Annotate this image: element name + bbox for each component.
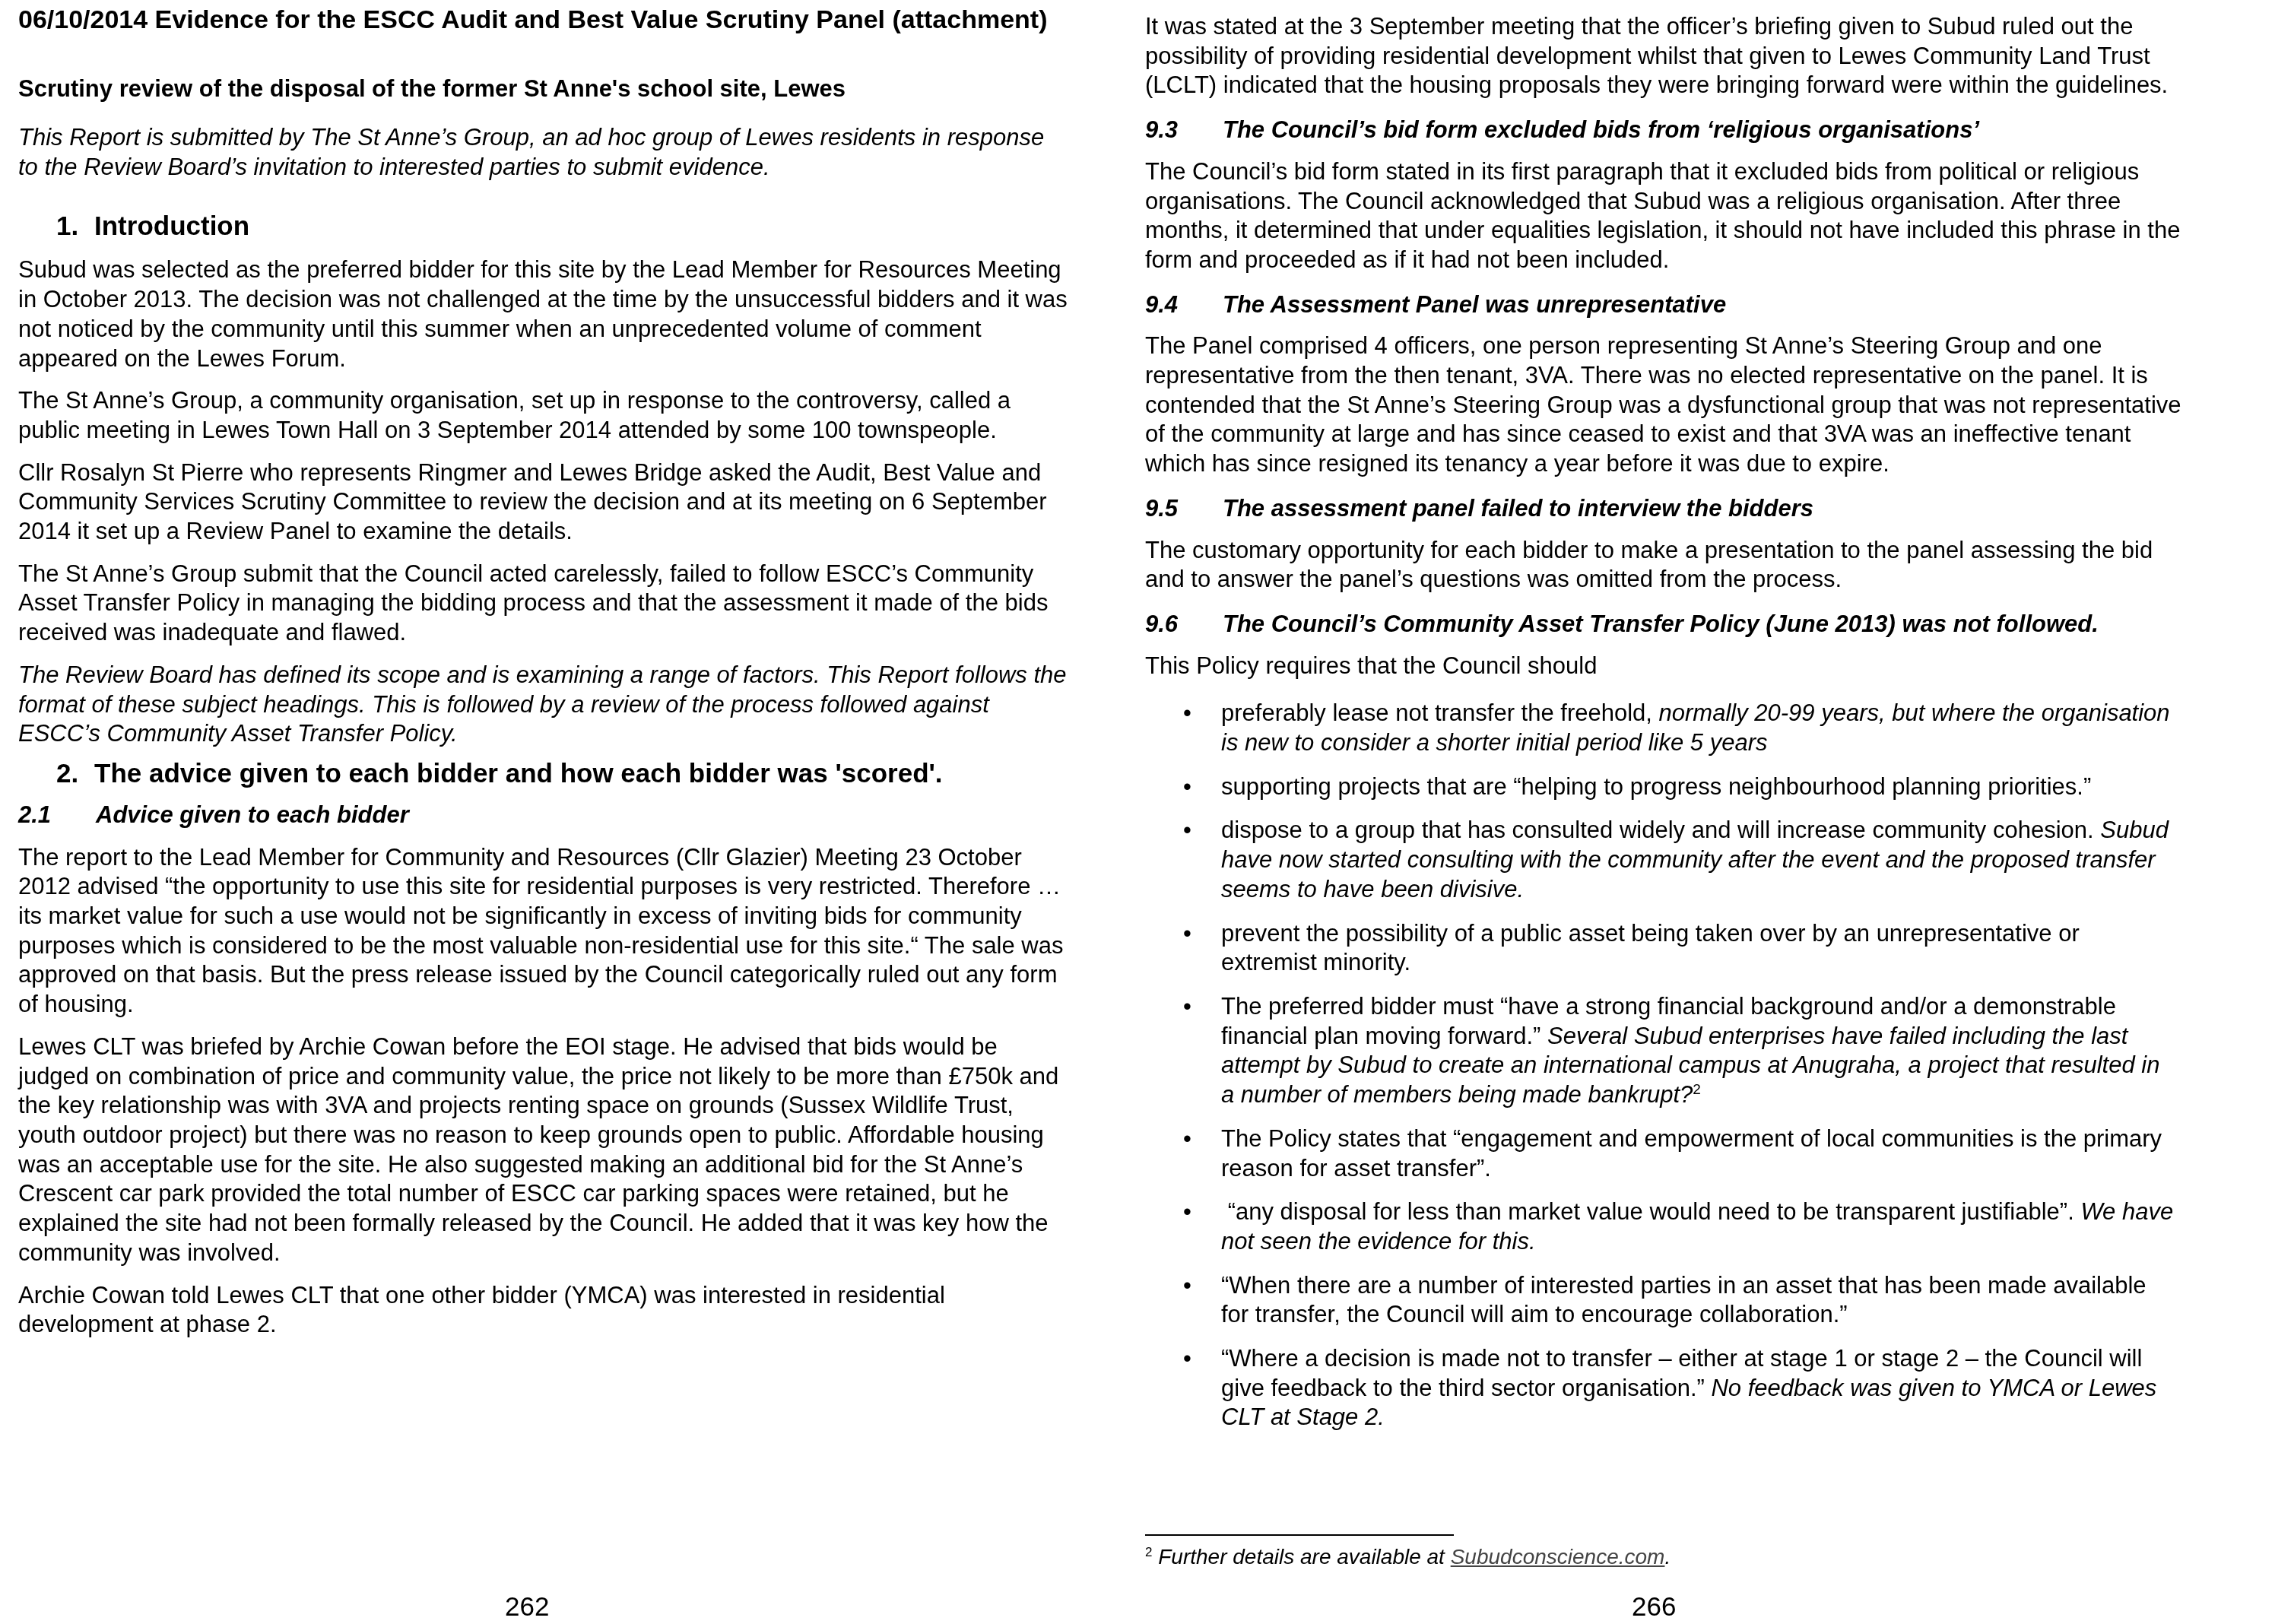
footnote-separator: [1145, 1534, 1454, 1536]
bullet-icon: •: [1183, 699, 1191, 728]
list-item: •The preferred bidder must “have a stron…: [1145, 992, 2194, 1110]
section-number: 1.: [56, 211, 94, 243]
paragraph: The Panel comprised 4 officers, one pers…: [1145, 331, 2194, 479]
section-heading-advice: 2.The advice given to each bidder and ho…: [18, 758, 1068, 790]
section-title: The advice given to each bidder and how …: [94, 759, 943, 788]
bullet-icon: •: [1183, 992, 1191, 1022]
paragraph: Lewes CLT was briefed by Archie Cowan be…: [18, 1032, 1068, 1268]
list-item-text: “any disposal for less than market value…: [1221, 1198, 2080, 1225]
subsection-title: The Assessment Panel was unrepresentativ…: [1223, 291, 1726, 318]
paragraph: Archie Cowan told Lewes CLT that one oth…: [18, 1281, 1068, 1340]
footnote-trailing: .: [1664, 1545, 1671, 1568]
list-item-text: “When there are a number of interested p…: [1221, 1272, 2146, 1328]
intro-statement: This Report is submitted by The St Anne’…: [18, 123, 1068, 182]
paragraph: The St Anne’s Group submit that the Coun…: [18, 560, 1068, 648]
list-item: •dispose to a group that has consulted w…: [1145, 816, 2194, 904]
footnote-marker: 2: [1145, 1545, 1152, 1559]
paragraph: Cllr Rosalyn St Pierre who represents Ri…: [18, 458, 1068, 547]
bullet-icon: •: [1183, 1197, 1191, 1227]
list-item: •“When there are a number of interested …: [1145, 1271, 2194, 1330]
list-item-text: The Policy states that “engagement and e…: [1221, 1125, 2162, 1182]
subsection-title: Advice given to each bidder: [96, 801, 409, 828]
paragraph: Subud was selected as the preferred bidd…: [18, 255, 1068, 373]
paragraph: The St Anne’s Group, a community organis…: [18, 386, 1068, 445]
list-item: •preferably lease not transfer the freeh…: [1145, 699, 2194, 757]
bullet-icon: •: [1183, 1124, 1191, 1154]
bullet-icon: •: [1183, 772, 1191, 802]
list-item-text: prevent the possibility of a public asse…: [1221, 920, 2080, 976]
list-item: •supporting projects that are “helping t…: [1145, 772, 2194, 802]
footnote-text: Further details are available at: [1158, 1545, 1450, 1568]
paragraph: The Council’s bid form stated in its fir…: [1145, 157, 2194, 275]
document-title: 06/10/2014 Evidence for the ESCC Audit a…: [18, 5, 1068, 35]
list-item: •“Where a decision is made not to transf…: [1145, 1344, 2194, 1432]
subsection-heading-9-4: 9.4The Assessment Panel was unrepresenta…: [1145, 290, 2194, 320]
subsection-number: 9.6: [1145, 610, 1223, 639]
list-item: •The Policy states that “engagement and …: [1145, 1124, 2194, 1183]
list-item: • “any disposal for less than market val…: [1145, 1197, 2194, 1256]
subsection-heading-9-6: 9.6The Council’s Community Asset Transfe…: [1145, 610, 2194, 639]
bullet-icon: •: [1183, 1271, 1191, 1301]
subsection-number: 9.4: [1145, 290, 1223, 320]
page-number: 266: [1632, 1592, 1676, 1622]
list-item: •prevent the possibility of a public ass…: [1145, 919, 2194, 978]
paragraph: The customary opportunity for each bidde…: [1145, 536, 2194, 595]
section-heading-introduction: 1.Introduction: [18, 211, 1068, 243]
policy-requirements-list: •preferably lease not transfer the freeh…: [1145, 699, 2194, 1432]
list-item-text: supporting projects that are “helping to…: [1221, 773, 2091, 800]
list-item-text: dispose to a group that has consulted wi…: [1221, 817, 2100, 843]
footnote-reference[interactable]: 2: [1693, 1082, 1701, 1098]
page-262: 06/10/2014 Evidence for the ESCC Audit a…: [18, 0, 1068, 1624]
italic-paragraph: The Review Board has defined its scope a…: [18, 661, 1068, 749]
subsection-title: The Council’s Community Asset Transfer P…: [1223, 611, 2099, 637]
bullet-icon: •: [1183, 919, 1191, 949]
footnote: 2 Further details are available at Subud…: [1145, 1543, 1671, 1571]
document-subtitle: Scrutiny review of the disposal of the f…: [18, 75, 1068, 103]
paragraph: This Policy requires that the Council sh…: [1145, 652, 2194, 681]
page-266: It was stated at the 3 September meeting…: [1145, 0, 2194, 1624]
section-title: Introduction: [94, 211, 249, 241]
paragraph: It was stated at the 3 September meeting…: [1145, 12, 2194, 100]
bullet-icon: •: [1183, 816, 1191, 845]
subsection-title: The Council’s bid form excluded bids fro…: [1223, 116, 1979, 143]
subsection-number: 2.1: [18, 801, 96, 830]
subsection-heading-9-5: 9.5The assessment panel failed to interv…: [1145, 494, 2194, 524]
bullet-icon: •: [1183, 1344, 1191, 1374]
subsection-title: The assessment panel failed to interview…: [1223, 495, 1813, 522]
footnote-link[interactable]: Subudconscience.com: [1451, 1545, 1665, 1568]
section-number: 2.: [56, 758, 94, 790]
subsection-number: 9.3: [1145, 116, 1223, 145]
subsection-number: 9.5: [1145, 494, 1223, 524]
page-number: 262: [505, 1592, 549, 1622]
list-item-text: preferably lease not transfer the freeho…: [1221, 699, 1659, 726]
paragraph: The report to the Lead Member for Commun…: [18, 843, 1068, 1020]
subsection-heading-2-1: 2.1Advice given to each bidder: [18, 801, 1068, 830]
subsection-heading-9-3: 9.3The Council’s bid form excluded bids …: [1145, 116, 2194, 145]
